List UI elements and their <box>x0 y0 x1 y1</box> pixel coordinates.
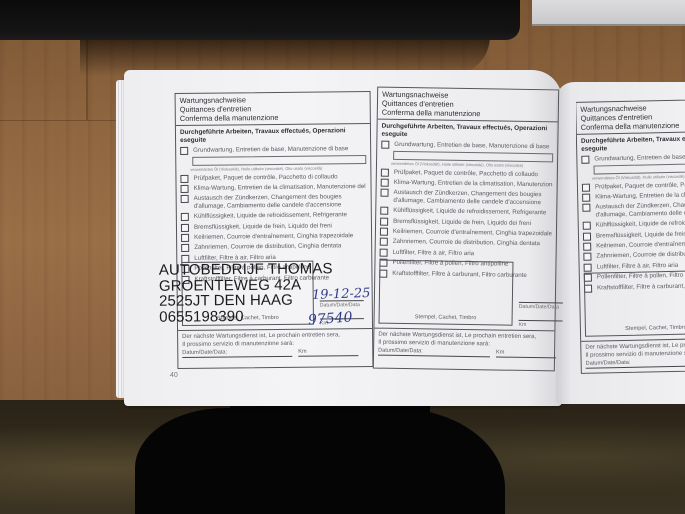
item-label: Klima-Wartung, Entretien de la climatisa… <box>595 190 685 201</box>
form-header: WartungsnachweiseQuittances d'entretienC… <box>576 99 685 135</box>
oil-viscosity-field <box>192 155 366 166</box>
maintenance-form-2: WartungsnachweiseQuittances d'entretienC… <box>373 87 559 372</box>
checkbox[interactable] <box>582 204 590 212</box>
item-label: Luftfilter, Filtre à air, Filtro aria <box>393 249 475 258</box>
work-done-title: Durchgeführte Arbeiten, Travaux effectué… <box>577 131 685 155</box>
item-label: Austausch der Zündkerzen, Changement des… <box>595 201 685 220</box>
black-bag <box>0 0 520 40</box>
next-service-km-field[interactable]: Km <box>496 349 556 358</box>
checkbox[interactable] <box>380 207 388 215</box>
item-label: Prüfpaket, Paquet de contrôle, Pacchetto… <box>193 173 337 182</box>
checkbox[interactable] <box>583 222 591 230</box>
item-label: Keilriemen, Courroie d'entraînement, Cin… <box>596 239 685 250</box>
checkbox[interactable] <box>380 238 388 246</box>
form-header: WartungsnachweiseQuittances d'entretienC… <box>176 92 370 126</box>
page-number: 40 <box>170 372 178 379</box>
km-field[interactable]: Km <box>518 320 562 329</box>
stamp-area: Stempel, Cachet, Timbro <box>379 260 514 326</box>
item-label: Bremsflüssigkeit, Liquide de frein, Liqu… <box>194 222 332 231</box>
item-label: Zahnriemen, Courroie de distribution, Ci… <box>596 250 685 261</box>
item-label: Luftfilter, Filtre à air, Filtro aria <box>597 262 679 271</box>
form-divider <box>581 337 685 342</box>
checklist-item: Austausch der Zündkerzen, Changement des… <box>578 199 685 221</box>
handwritten-km: 97540 <box>307 309 353 328</box>
item-label: Austausch der Zündkerzen, Changement des… <box>393 189 552 207</box>
checkbox[interactable] <box>582 183 590 191</box>
next-service-date-field[interactable]: Datum/Date/Data: <box>378 348 490 358</box>
handwritten-date: 19-12-25 <box>312 286 371 303</box>
work-done-title: Durchgeführte Arbeiten, Travaux effectué… <box>377 120 557 143</box>
gray-box <box>532 0 685 26</box>
next-service-date-field[interactable]: Datum/Date/Data: <box>586 358 685 368</box>
form-divider <box>178 328 372 331</box>
item-label: Bremsflüssigkeit, Liquide de frein, Liqu… <box>393 218 531 228</box>
item-label: Grundwartung, Entretien de base, Manuten… <box>394 141 549 151</box>
item-label: Grundwartung, Entretien de base, Manuten… <box>193 145 348 154</box>
checkbox[interactable] <box>582 194 590 202</box>
next-service-date-field[interactable]: Datum/Date/Data: <box>182 349 292 358</box>
item-label: Grundwartung, Entretien de base, Manuten… <box>594 153 685 164</box>
item-label: Kühlflüssigkeit, Liquide de refroidissem… <box>194 212 347 221</box>
stamp-line-name: AUTOBEDRIJF THOMAS <box>159 261 333 278</box>
item-label: Prüfpaket, Paquet de contrôle, Pacchetto… <box>394 169 538 179</box>
checklist-item-basic-service: Grundwartung, Entretien de base, Manuten… <box>176 144 370 156</box>
form-3-clip: WartungsnachweiseQuittances d'entretienC… <box>576 96 685 376</box>
checkbox[interactable] <box>181 213 189 221</box>
photographer-shadow <box>135 408 505 514</box>
checkbox[interactable] <box>583 253 591 261</box>
next-service-km-field[interactable]: Km <box>298 348 358 357</box>
item-label: Keilriemen, Courroie d'entraînement, Cin… <box>194 232 353 241</box>
next-service-text: Der nächste Wartungsdienst ist, Le proch… <box>182 332 340 349</box>
item-label: Kühlflüssigkeit, Liquide de refroidissem… <box>596 219 685 230</box>
stamp-line-city: 2525JT DEN HAAG <box>159 292 333 309</box>
checkbox[interactable] <box>181 224 189 232</box>
checkbox[interactable] <box>380 217 388 225</box>
date-field[interactable]: Datum/Date/Data <box>519 302 563 311</box>
checkbox[interactable] <box>180 147 188 155</box>
checkbox[interactable] <box>581 156 589 164</box>
item-label: Zahnriemen, Courroie de distribution, Ci… <box>194 243 341 252</box>
stamp-label: Stempel, Cachet, Timbro <box>380 314 512 323</box>
checkbox[interactable] <box>181 244 189 252</box>
stamp-area: Stempel, Cachet, Timbro <box>584 270 685 337</box>
item-label: Prüfpaket, Paquet de contrôle, Pacchetto… <box>595 180 685 191</box>
checkbox[interactable] <box>381 141 389 149</box>
item-label: Austausch der Zündkerzen, Changement des… <box>194 193 367 210</box>
checkbox[interactable] <box>381 179 389 187</box>
form-header-line: Conferma della manutenzione <box>382 108 554 120</box>
checkbox[interactable] <box>583 232 591 240</box>
maintenance-form-1: WartungsnachweiseQuittances d'entretienC… <box>175 91 374 369</box>
work-done-title: Durchgeführte Arbeiten, Travaux effectué… <box>176 124 370 146</box>
checkbox[interactable] <box>380 189 388 197</box>
checkbox[interactable] <box>181 195 189 203</box>
checkbox[interactable] <box>380 228 388 236</box>
checkbox[interactable] <box>583 243 591 251</box>
stamp-label: Stempel, Cachet, Timbro <box>586 324 685 334</box>
checkbox[interactable] <box>181 185 189 193</box>
next-service-text: Der nächste Wartungsdienst ist, Le proch… <box>585 341 685 360</box>
checkbox[interactable] <box>381 168 389 176</box>
item-label: Klima-Wartung, Entretien de la climatisa… <box>194 183 367 193</box>
checkbox[interactable] <box>181 234 189 242</box>
form-header: WartungsnachweiseQuittances d'entretienC… <box>378 88 558 123</box>
maintenance-form-3: WartungsnachweiseQuittances d'entretienC… <box>576 98 685 374</box>
item-label: Bremsflüssigkeit, Liquide de frein, Liqu… <box>596 229 685 240</box>
form-header-line: Conferma della manutenzione <box>180 112 366 123</box>
checkbox[interactable] <box>584 263 592 271</box>
checkbox[interactable] <box>380 248 388 256</box>
checkbox[interactable] <box>180 175 188 183</box>
checklist-item: Austausch der Zündkerzen, Changement des… <box>177 192 371 212</box>
next-service-text: Der nächste Wartungsdienst ist, Le proch… <box>378 332 536 350</box>
